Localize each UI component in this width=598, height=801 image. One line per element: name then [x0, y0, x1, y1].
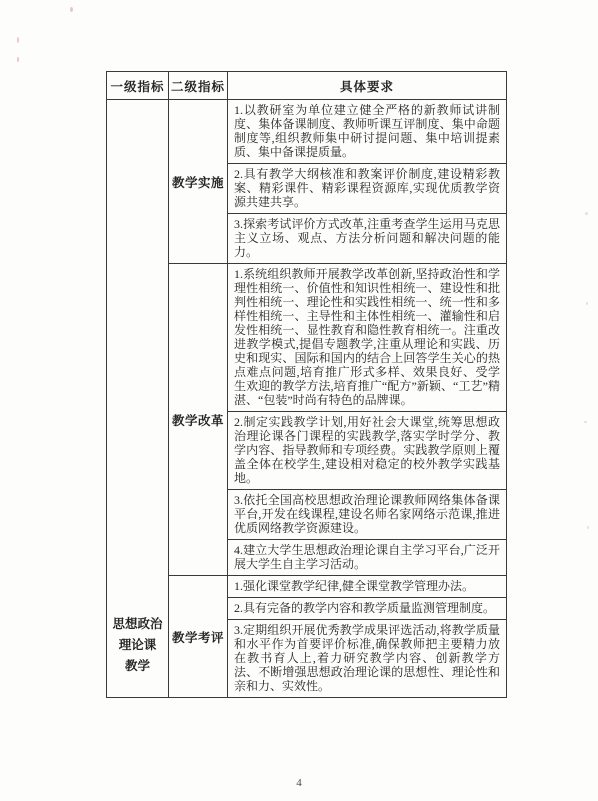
requirement-cell: 3.探索考试评价方式改革,注重考查学生运用马克思主义立场、观点、方法分析问题和解… [228, 214, 507, 264]
requirement-cell: 4.建立大学生思想政治理论课自主学习平台,广泛开展大学生自主学习活动。 [228, 540, 507, 576]
level2-cell-teaching-reform: 教学改革 [169, 264, 228, 576]
scan-artifact [70, 7, 73, 12]
requirement-cell: 3.依托全国高校思想政治理论课教师网络集体备课平台,开发在线课程,建设名师名家网… [228, 490, 507, 540]
requirement-cell: 2.制定实践教学计划,用好社会大课堂,统筹思想政治理论课各门课程的实践教学,落实… [228, 412, 507, 490]
requirement-cell: 3.定期组织开展优秀教学成果评选活动,将教学质量和水平作为首要评价标准,确保教师… [228, 620, 507, 698]
level1-label: 思想政治 理论课 教学 [109, 614, 166, 677]
document-page: 一级指标 二级指标 具体要求 思想政治 理论课 教学 教学实施 1.以教研室为单… [0, 0, 598, 801]
page-number: 4 [0, 777, 598, 789]
level1-cell: 思想政治 理论课 教学 [107, 100, 169, 698]
scan-artifact [17, 37, 19, 43]
scan-artifact [585, 212, 588, 215]
requirement-cell: 1.系统组织教师开展教学改革创新,坚持政治性和学理性相统一、价值性和知识性相统一… [228, 264, 507, 412]
scan-artifact [587, 526, 589, 529]
requirement-cell: 1.强化课堂教学纪律,健全课堂教学管理办法。 [228, 576, 507, 598]
scan-artifact [584, 421, 587, 423]
level2-cell-teaching-evaluation: 教学考评 [169, 576, 228, 698]
requirement-cell: 1.以教研室为单位建立健全严格的新教师试讲制度、集体备课制度、教师听课互评制度、… [228, 100, 507, 164]
level2-cell-teaching-implementation: 教学实施 [169, 100, 228, 264]
requirement-cell: 2.具有教学大纲核准和教案评价制度,建设精彩教案、精彩课件、精彩课程资源库,实现… [228, 164, 507, 214]
scan-artifact [586, 302, 588, 305]
requirement-cell: 2.具有完备的教学内容和教学质量监测管理制度。 [228, 598, 507, 620]
header-level2-indicator: 二级指标 [169, 72, 228, 100]
indicator-table: 一级指标 二级指标 具体要求 思想政治 理论课 教学 教学实施 1.以教研室为单… [106, 71, 507, 698]
table-header-row: 一级指标 二级指标 具体要求 [107, 72, 507, 100]
header-level1-indicator: 一级指标 [107, 72, 169, 100]
header-specific-requirements: 具体要求 [228, 72, 507, 100]
table-row: 思想政治 理论课 教学 教学实施 1.以教研室为单位建立健全严格的新教师试讲制度… [107, 100, 507, 164]
scan-artifact [17, 57, 19, 62]
